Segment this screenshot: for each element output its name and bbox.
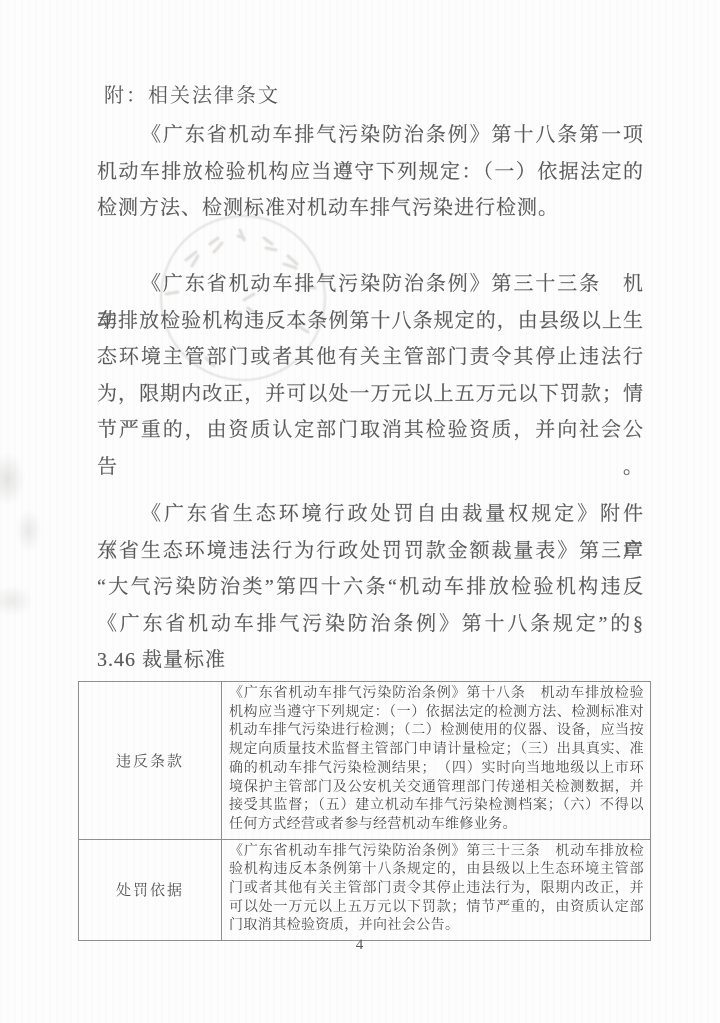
- text-line: 《广东省机动车排气污染防治条例》第十八条第一项: [97, 117, 644, 154]
- page-number: 4: [0, 937, 720, 954]
- table-row-violated-clause: 违反条款 《广东省机动车排气污染防治条例》第十八条 机动车排放检验机构应当遵守下…: [79, 682, 651, 840]
- text-line: 节严重的，由资质认定部门取消其检验资质，并向社会公告。: [97, 412, 644, 449]
- scan-smudge: [0, 445, 67, 635]
- text-line: 为，限期内改正，并可以处一万元以上五万元以下罚款；情: [97, 376, 644, 413]
- text-line: 态环境主管部门或者其他有关主管部门责令其停止违法行: [97, 339, 644, 376]
- row-label: 处罚依据: [79, 839, 222, 941]
- text-line: 3.46 裁量标准: [97, 642, 644, 679]
- text-line: 车排放检验机构违反本条例第十八条规定的，由县级以上生: [97, 303, 644, 340]
- attachment-heading: 附：相关法律条文: [104, 81, 280, 111]
- paragraph-discretion-standard: 《广东省生态环境行政处罚自由裁量权规定》附件《广 东省生态环境违法行为行政处罚罚…: [97, 496, 644, 679]
- text-line: 检测方法、检测标准对机动车排气污染进行检测。: [97, 190, 644, 227]
- table-row-penalty-basis: 处罚依据 《广东省机动车排气污染防治条例》第三十三条 机动车排放检验机构违反本条…: [79, 839, 651, 941]
- paragraph-article33: 《广东省机动车排气污染防治条例》第三十三条 机动 车排放检验机构违反本条例第十八…: [97, 266, 644, 449]
- scanned-document-page: 附：相关法律条文 《广东省机动车排气污染防治条例》第十八条第一项 机动车排放检验…: [0, 0, 720, 1023]
- text-line: 《广东省生态环境行政处罚自由裁量权规定》附件《广: [97, 496, 644, 533]
- text-line: “大气污染防治类”第四十六条“机动车排放检验机构违反: [97, 569, 644, 606]
- row-content: 《广东省机动车排气污染防治条例》第十八条 机动车排放检验机构应当遵守下列规定：（…: [222, 682, 651, 840]
- row-content: 《广东省机动车排气污染防治条例》第三十三条 机动车排放检验机构违反本条例第十八条…: [222, 839, 651, 941]
- paragraph-article18: 《广东省机动车排气污染防治条例》第十八条第一项 机动车排放检验机构应当遵守下列规…: [97, 117, 644, 227]
- legal-basis-table: 违反条款 《广东省机动车排气污染防治条例》第十八条 机动车排放检验机构应当遵守下…: [78, 681, 651, 941]
- text-line: 《广东省机动车排气污染防治条例》第十八条规定”的§: [97, 606, 644, 643]
- text-line: 《广东省机动车排气污染防治条例》第三十三条 机动: [97, 266, 644, 303]
- text-line: 东省生态环境违法行为行政处罚罚款金额裁量表》第三章: [97, 533, 644, 570]
- row-label: 违反条款: [79, 682, 222, 840]
- text-line: 机动车排放检验机构应当遵守下列规定：（一）依据法定的: [97, 154, 644, 191]
